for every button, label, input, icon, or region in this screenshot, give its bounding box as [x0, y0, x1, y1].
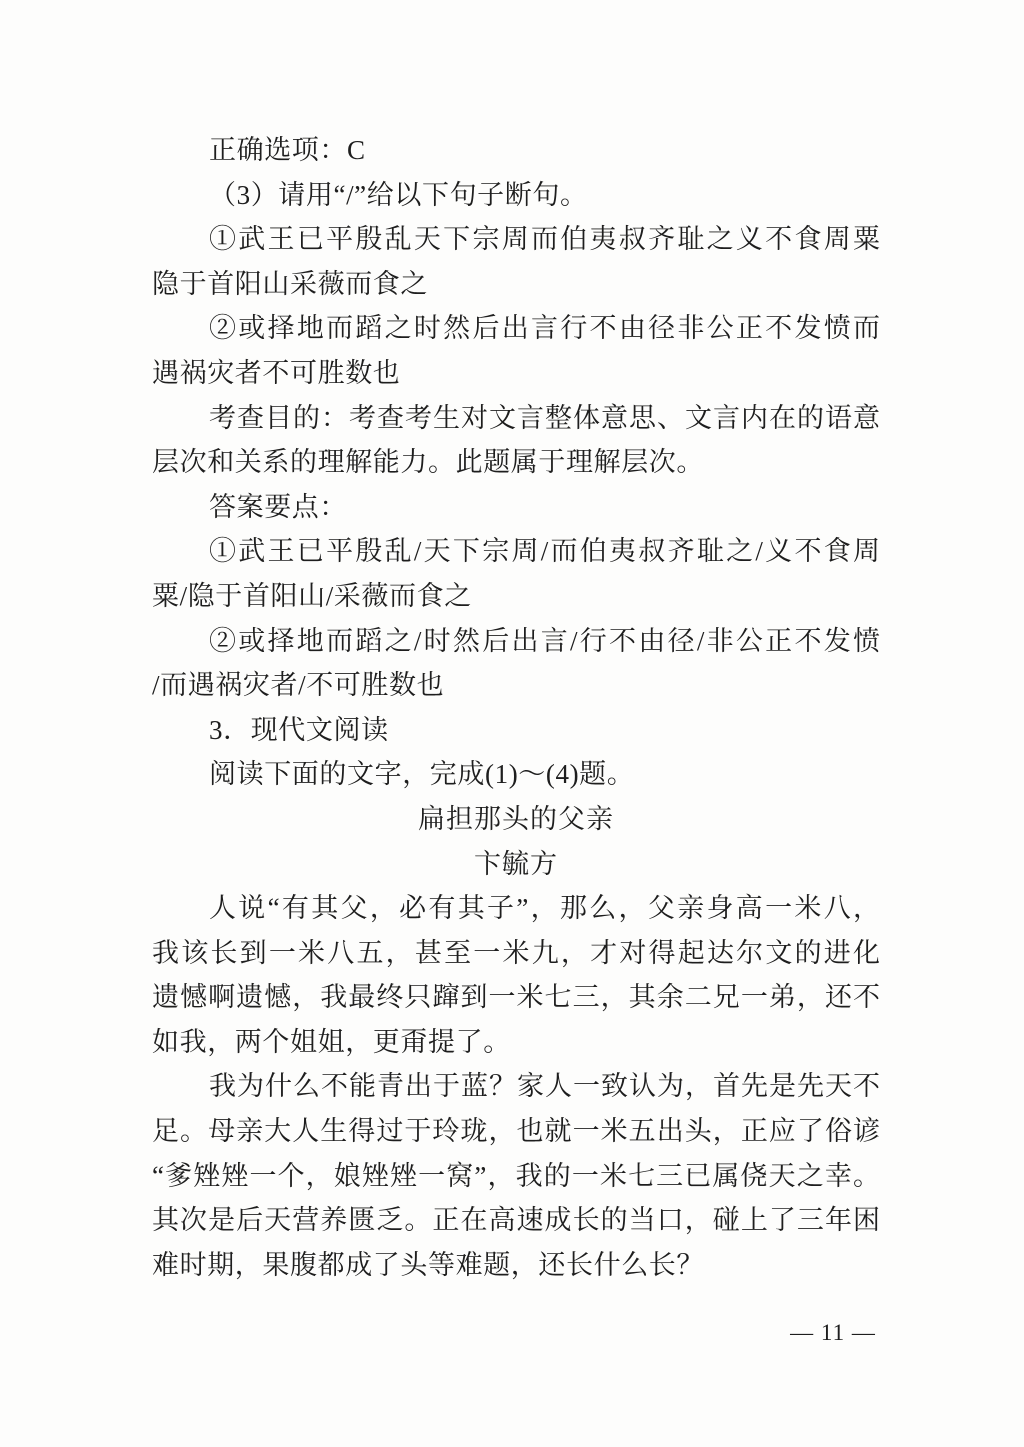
- essay-author: 卞毓方: [152, 842, 880, 887]
- essay-paragraph-2-line: 难时期，果腹都成了头等难题，还长什么长？: [152, 1243, 880, 1288]
- page-number: — 11 —: [783, 1311, 883, 1355]
- reading-instruction-line: 阅读下面的文字，完成(1)～(4)题。: [152, 752, 880, 797]
- essay-paragraph-1-line: 遗憾啊遗憾，我最终只蹿到一米七三，其余二兄一弟，还不: [152, 975, 880, 1020]
- page-text-content: 正确选项：C（3）请用“/”给以下句子断句。①武王已平殷乱天下宗周而伯夷叔齐耻之…: [152, 128, 880, 1287]
- exam-purpose-line: 层次和关系的理解能力。此题属于理解层次。: [152, 440, 880, 485]
- question-3-line: （3）请用“/”给以下句子断句。: [152, 173, 880, 218]
- document-page: 正确选项：C（3）请用“/”给以下句子断句。①武王已平殷乱天下宗周而伯夷叔齐耻之…: [0, 0, 1024, 1447]
- answer-1-line: ①武王已平殷乱/天下宗周/而伯夷叔齐耻之/义不食周: [152, 529, 880, 574]
- answer-points-heading: 答案要点：: [152, 485, 880, 530]
- section-3-heading: 3．现代文阅读: [152, 708, 880, 753]
- exam-purpose-line: 考查目的：考查考生对文言整体意思、文言内在的语意: [152, 396, 880, 441]
- essay-paragraph-1-line: 我该长到一米八五，甚至一米九，才对得起达尔文的进化论。: [152, 931, 880, 976]
- answer-1-line: 粟/隐于首阳山/采薇而食之: [152, 574, 880, 619]
- essay-title: 扁担那头的父亲: [152, 797, 880, 842]
- essay-paragraph-2-line: 我为什么不能青出于蓝？家人一致认为，首先是先天不: [152, 1064, 880, 1109]
- essay-paragraph-2-line: 足。母亲大人生得过于玲珑，也就一米五出头，正应了俗谚: [152, 1109, 880, 1154]
- sentence-1-line: 隐于首阳山采薇而食之: [152, 262, 880, 307]
- sentence-1-line: ①武王已平殷乱天下宗周而伯夷叔齐耻之义不食周粟: [152, 217, 880, 262]
- sentence-2-line: 遇祸灾者不可胜数也: [152, 351, 880, 396]
- essay-paragraph-1-line: 人说“有其父，必有其子”，那么，父亲身高一米八，: [152, 886, 880, 931]
- essay-paragraph-2-line: “爹矬矬一个，娘矬矬一窝”，我的一米七三已属侥天之幸。: [152, 1154, 880, 1199]
- answer-option-line: 正确选项：C: [152, 128, 880, 173]
- answer-2-line: /而遇祸灾者/不可胜数也: [152, 663, 880, 708]
- sentence-2-line: ②或择地而蹈之时然后出言行不由径非公正不发愤而: [152, 306, 880, 351]
- essay-paragraph-1-line: 如我，两个姐姐，更甭提了。: [152, 1020, 880, 1065]
- answer-2-line: ②或择地而蹈之/时然后出言/行不由径/非公正不发愤: [152, 619, 880, 664]
- essay-paragraph-2-line: 其次是后天营养匮乏。正在高速成长的当口，碰上了三年困: [152, 1198, 880, 1243]
